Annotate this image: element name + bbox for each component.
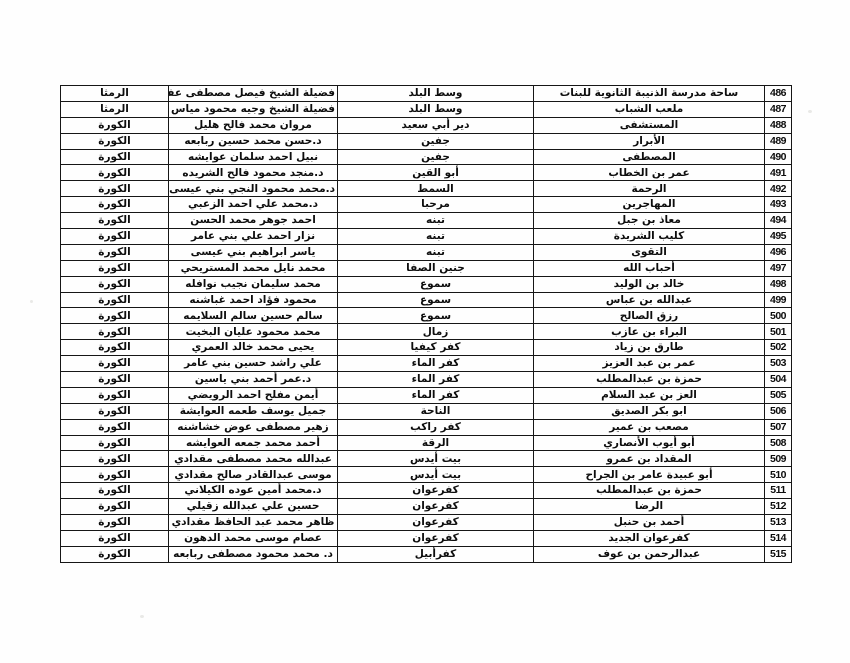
imam-name-cell: سالم حسين سالم السلايمه <box>169 308 338 324</box>
imam-name-cell: احمد جوهر محمد الحسن <box>169 213 338 229</box>
serial-number-cell: 499 <box>765 292 792 308</box>
imam-name-cell: نزار احمد علي بني عامر <box>169 229 338 245</box>
location-cell: كفرعوان <box>338 530 534 546</box>
location-cell: كفر الماء <box>338 356 534 372</box>
imam-name-cell: عصام موسى محمد الدهون <box>169 530 338 546</box>
district-cell: الكورة <box>61 372 169 388</box>
location-cell: سموع <box>338 292 534 308</box>
imam-name-cell: ياسر ابراهيم بني عيسى <box>169 244 338 260</box>
location-cell: وسط البلد <box>338 86 534 102</box>
serial-number-cell: 487 <box>765 101 792 117</box>
table-row: 509المقداد بن عمروبيت أيدسعبدالله محمد م… <box>61 451 792 467</box>
table-row: 514كفرعوان الجديدكفرعوانعصام موسى محمد ا… <box>61 530 792 546</box>
serial-number-cell: 490 <box>765 149 792 165</box>
district-cell: الكورة <box>61 213 169 229</box>
table-row: 487ملعب الشبابوسط البلدفضيلة الشيخ وجيه … <box>61 101 792 117</box>
imam-name-cell: حسين علي عبدالله زقيلي <box>169 499 338 515</box>
table-row: 506ابو بكر الصديقالناحةجميل يوسف طعمه ال… <box>61 403 792 419</box>
imam-name-cell: نبيل احمد سلمان عوايشه <box>169 149 338 165</box>
site-name-cell: كليب الشريدة <box>534 229 765 245</box>
scan-speck <box>30 300 33 303</box>
district-cell: الكورة <box>61 515 169 531</box>
location-cell: بيت أيدس <box>338 451 534 467</box>
site-name-cell: المصطفى <box>534 149 765 165</box>
district-cell: الرمثا <box>61 101 169 117</box>
imam-name-cell: محمد محمود عليان البخيت <box>169 324 338 340</box>
table-row: 507مصعب بن عميركفر راكبزهير مصطفى عوض خش… <box>61 419 792 435</box>
site-name-cell: الرحمة <box>534 181 765 197</box>
scan-speck <box>140 615 144 618</box>
district-cell: الكورة <box>61 530 169 546</box>
district-cell: الكورة <box>61 260 169 276</box>
serial-number-cell: 489 <box>765 133 792 149</box>
site-name-cell: أبو عبيدة عامر بن الجراح <box>534 467 765 483</box>
imam-name-cell: د.محمد محمود النجي بني عيسى <box>169 181 338 197</box>
serial-number-cell: 496 <box>765 244 792 260</box>
serial-number-cell: 505 <box>765 387 792 403</box>
table-row: 510أبو عبيدة عامر بن الجراحبيت أيدسموسى … <box>61 467 792 483</box>
location-cell: الناحة <box>338 403 534 419</box>
location-cell: زمال <box>338 324 534 340</box>
table-row: 490المصطفىجفيننبيل احمد سلمان عوايشهالكو… <box>61 149 792 165</box>
imam-name-cell: فضيلة الشيخ فيصل مصطفى عفيفي <box>169 86 338 102</box>
district-cell: الكورة <box>61 133 169 149</box>
imam-name-cell: زهير مصطفى عوض خشاشنه <box>169 419 338 435</box>
site-name-cell: عمر بن الخطاب <box>534 165 765 181</box>
site-name-cell: ساحة مدرسة الذنيبة الثانوية للبنات <box>534 86 765 102</box>
location-cell: كفرعوان <box>338 483 534 499</box>
table-row: 493المهاجرينمرحباد.محمد علي احمد الزعبيا… <box>61 197 792 213</box>
site-name-cell: العز بن عبد السلام <box>534 387 765 403</box>
table-row: 488المستشفىدير أبي سعيدمروان محمد فالح ه… <box>61 117 792 133</box>
serial-number-cell: 508 <box>765 435 792 451</box>
site-name-cell: الأبرار <box>534 133 765 149</box>
site-name-cell: المهاجرين <box>534 197 765 213</box>
imam-name-cell: محمد سليمان نجيب نوافله <box>169 276 338 292</box>
imam-name-cell: د.محمد علي احمد الزعبي <box>169 197 338 213</box>
district-cell: الكورة <box>61 483 169 499</box>
imam-name-cell: علي راشد حسين بني عامر <box>169 356 338 372</box>
table-row: 486ساحة مدرسة الذنيبة الثانوية للبناتوسط… <box>61 86 792 102</box>
table-row: 494معاذ بن جبلتبنهاحمد جوهر محمد الحسنال… <box>61 213 792 229</box>
site-name-cell: ابو بكر الصديق <box>534 403 765 419</box>
serial-number-cell: 495 <box>765 229 792 245</box>
location-cell: كفرعوان <box>338 515 534 531</box>
location-cell: كفر الماء <box>338 372 534 388</box>
site-name-cell: خالد بن الوليد <box>534 276 765 292</box>
location-cell: تبنه <box>338 213 534 229</box>
location-cell: جنين الصفا <box>338 260 534 276</box>
location-cell: سموع <box>338 308 534 324</box>
location-cell: جفين <box>338 133 534 149</box>
district-cell: الكورة <box>61 467 169 483</box>
district-cell: الرمثا <box>61 86 169 102</box>
serial-number-cell: 492 <box>765 181 792 197</box>
site-name-cell: أبو أيوب الأنصاري <box>534 435 765 451</box>
serial-number-cell: 507 <box>765 419 792 435</box>
table-row: 513أحمد بن حنبلكفرعوانظاهر محمد عبد الحا… <box>61 515 792 531</box>
table-row: 492الرحمةالسمطد.محمد محمود النجي بني عيس… <box>61 181 792 197</box>
district-cell: الكورة <box>61 165 169 181</box>
serial-number-cell: 501 <box>765 324 792 340</box>
table-row: 505العز بن عبد السلامكفر الماءأيمن مفلح … <box>61 387 792 403</box>
serial-number-cell: 514 <box>765 530 792 546</box>
site-name-cell: حمزة بن عبدالمطلب <box>534 483 765 499</box>
imam-name-cell: موسى عبدالقادر صالح مقدادي <box>169 467 338 483</box>
location-cell: كفرعوان <box>338 499 534 515</box>
site-name-cell: أحباب الله <box>534 260 765 276</box>
table-row: 504حمزة بن عبدالمطلبكفر الماءد.عمر أحمد … <box>61 372 792 388</box>
serial-number-cell: 506 <box>765 403 792 419</box>
district-cell: الكورة <box>61 149 169 165</box>
location-cell: كفر راكب <box>338 419 534 435</box>
table-row: 495كليب الشريدةتبنهنزار احمد علي بني عام… <box>61 229 792 245</box>
serial-number-cell: 509 <box>765 451 792 467</box>
district-cell: الكورة <box>61 181 169 197</box>
site-name-cell: عبدالله بن عباس <box>534 292 765 308</box>
district-cell: الكورة <box>61 308 169 324</box>
imam-name-cell: د.محمد أمين عوده الكيلاني <box>169 483 338 499</box>
location-cell: سموع <box>338 276 534 292</box>
scan-speck <box>808 110 812 113</box>
location-cell: تبنه <box>338 244 534 260</box>
serial-number-cell: 512 <box>765 499 792 515</box>
district-cell: الكورة <box>61 229 169 245</box>
district-cell: الكورة <box>61 356 169 372</box>
location-cell: كفر كيفيا <box>338 340 534 356</box>
district-cell: الكورة <box>61 419 169 435</box>
table-row: 508أبو أيوب الأنصاريالرقةأحمد محمد جمعه … <box>61 435 792 451</box>
district-cell: الكورة <box>61 499 169 515</box>
location-cell: تبنه <box>338 229 534 245</box>
imam-name-cell: ظاهر محمد عبد الحافظ مقدادي <box>169 515 338 531</box>
site-name-cell: حمزة بن عبدالمطلب <box>534 372 765 388</box>
serial-number-cell: 502 <box>765 340 792 356</box>
site-name-cell: معاذ بن جبل <box>534 213 765 229</box>
location-cell: وسط البلد <box>338 101 534 117</box>
imam-name-cell: د.منجد محمود فالح الشريده <box>169 165 338 181</box>
imam-name-cell: فضيلة الشيخ وجيه محمود مياس <box>169 101 338 117</box>
table-row: 501البراء بن عازبزمالمحمد محمود عليان ال… <box>61 324 792 340</box>
site-name-cell: التقوى <box>534 244 765 260</box>
site-name-cell: ملعب الشباب <box>534 101 765 117</box>
district-cell: الكورة <box>61 435 169 451</box>
district-cell: الكورة <box>61 324 169 340</box>
district-cell: الكورة <box>61 117 169 133</box>
location-cell: دير أبي سعيد <box>338 117 534 133</box>
site-name-cell: المستشفى <box>534 117 765 133</box>
district-cell: الكورة <box>61 276 169 292</box>
imam-name-cell: د. محمد محمود مصطفى ربابعه <box>169 546 338 562</box>
serial-number-cell: 500 <box>765 308 792 324</box>
imam-name-cell: مروان محمد فالح هليل <box>169 117 338 133</box>
serial-number-cell: 491 <box>765 165 792 181</box>
district-cell: الكورة <box>61 244 169 260</box>
serial-number-cell: 513 <box>765 515 792 531</box>
serial-number-cell: 493 <box>765 197 792 213</box>
serial-number-cell: 510 <box>765 467 792 483</box>
district-cell: الكورة <box>61 546 169 562</box>
imam-name-cell: محمود فؤاد احمد غباشنه <box>169 292 338 308</box>
serial-number-cell: 494 <box>765 213 792 229</box>
roster-table: 486ساحة مدرسة الذنيبة الثانوية للبناتوسط… <box>60 85 792 563</box>
location-cell: جفين <box>338 149 534 165</box>
site-name-cell: عمر بن عبد العزيز <box>534 356 765 372</box>
location-cell: أبو القين <box>338 165 534 181</box>
district-cell: الكورة <box>61 403 169 419</box>
imam-name-cell: محمد نايل محمد المستريحي <box>169 260 338 276</box>
table-row: 511حمزة بن عبدالمطلبكفرعواند.محمد أمين ع… <box>61 483 792 499</box>
scanned-page: { "table": { "columns": [ {"key": "no", … <box>0 0 850 663</box>
table-row: 499عبدالله بن عباسسموعمحمود فؤاد احمد غب… <box>61 292 792 308</box>
table-row: 489الأبرارجفيند.حسن محمد حسين ربابعهالكو… <box>61 133 792 149</box>
imam-name-cell: د.حسن محمد حسين ربابعه <box>169 133 338 149</box>
imam-name-cell: أحمد محمد جمعه العوايشه <box>169 435 338 451</box>
table-row: 502طارق بن زيادكفر كيفيايحيى محمد خالد ا… <box>61 340 792 356</box>
imam-name-cell: د.عمر أحمد بني ياسين <box>169 372 338 388</box>
imam-name-cell: جميل يوسف طعمه العوايشة <box>169 403 338 419</box>
site-name-cell: طارق بن زياد <box>534 340 765 356</box>
imam-name-cell: يحيى محمد خالد العمري <box>169 340 338 356</box>
location-cell: الرقة <box>338 435 534 451</box>
table-row: 512الرضاكفرعوانحسين علي عبدالله زقيليالك… <box>61 499 792 515</box>
location-cell: بيت أيدس <box>338 467 534 483</box>
serial-number-cell: 503 <box>765 356 792 372</box>
district-cell: الكورة <box>61 197 169 213</box>
serial-number-cell: 515 <box>765 546 792 562</box>
location-cell: السمط <box>338 181 534 197</box>
serial-number-cell: 511 <box>765 483 792 499</box>
table-row: 500رزق الصالحسموعسالم حسين سالم السلايمه… <box>61 308 792 324</box>
serial-number-cell: 504 <box>765 372 792 388</box>
district-cell: الكورة <box>61 387 169 403</box>
site-name-cell: مصعب بن عمير <box>534 419 765 435</box>
district-cell: الكورة <box>61 340 169 356</box>
table-row: 491عمر بن الخطابأبو القيند.منجد محمود فا… <box>61 165 792 181</box>
table-row: 497أحباب اللهجنين الصفامحمد نايل محمد ال… <box>61 260 792 276</box>
site-name-cell: الرضا <box>534 499 765 515</box>
table-row: 515عبدالرحمن بن عوفكفرأبيلد. محمد محمود … <box>61 546 792 562</box>
site-name-cell: المقداد بن عمرو <box>534 451 765 467</box>
table-row: 496التقوىتبنهياسر ابراهيم بني عيسىالكورة <box>61 244 792 260</box>
table-row: 503عمر بن عبد العزيزكفر الماءعلي راشد حس… <box>61 356 792 372</box>
district-cell: الكورة <box>61 292 169 308</box>
serial-number-cell: 498 <box>765 276 792 292</box>
roster-body: 486ساحة مدرسة الذنيبة الثانوية للبناتوسط… <box>61 86 792 563</box>
location-cell: كفرأبيل <box>338 546 534 562</box>
serial-number-cell: 497 <box>765 260 792 276</box>
serial-number-cell: 486 <box>765 86 792 102</box>
location-cell: كفر الماء <box>338 387 534 403</box>
site-name-cell: رزق الصالح <box>534 308 765 324</box>
location-cell: مرحبا <box>338 197 534 213</box>
site-name-cell: البراء بن عازب <box>534 324 765 340</box>
imam-name-cell: أيمن مفلح احمد الرويضي <box>169 387 338 403</box>
site-name-cell: أحمد بن حنبل <box>534 515 765 531</box>
serial-number-cell: 488 <box>765 117 792 133</box>
imam-name-cell: عبدالله محمد مصطفى مقدادي <box>169 451 338 467</box>
district-cell: الكورة <box>61 451 169 467</box>
site-name-cell: كفرعوان الجديد <box>534 530 765 546</box>
table-row: 498خالد بن الوليدسموعمحمد سليمان نجيب نو… <box>61 276 792 292</box>
site-name-cell: عبدالرحمن بن عوف <box>534 546 765 562</box>
